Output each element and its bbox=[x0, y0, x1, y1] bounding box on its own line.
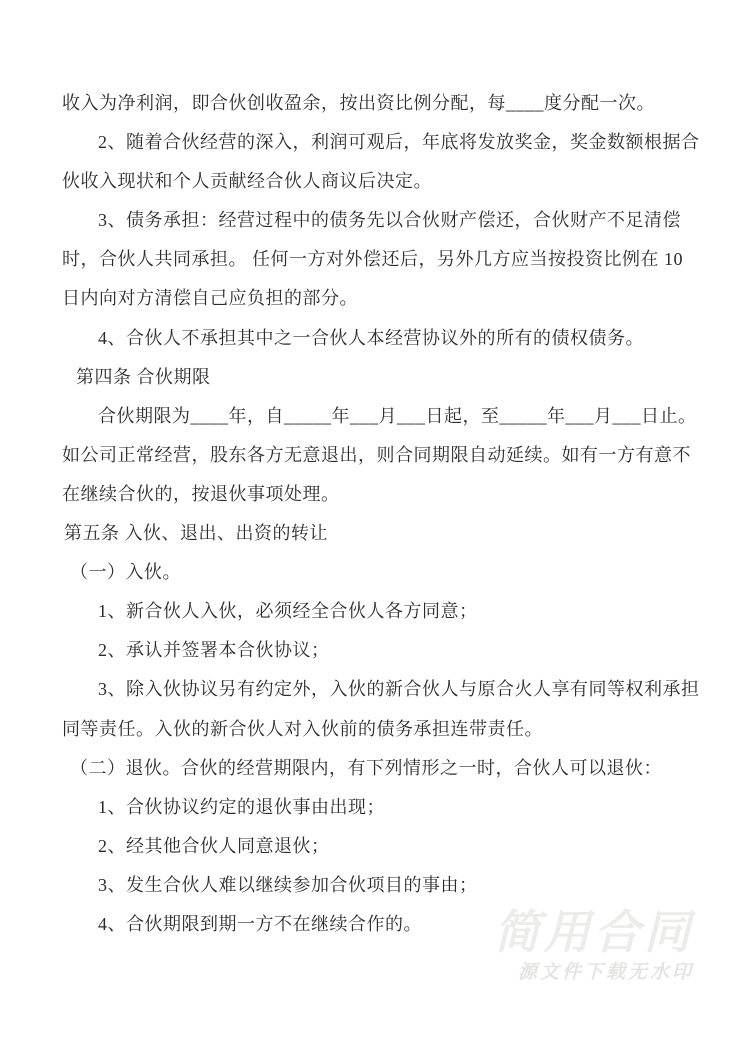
document-line: 2、承认并签署本合伙协议； bbox=[98, 631, 687, 670]
document-line: 3、发生合伙人难以继续参加合伙项目的事由； bbox=[98, 866, 687, 905]
document-line: 如公司正常经营，股东各方无意退出，则合同期限自动延续。如有一方有意不 bbox=[62, 436, 687, 475]
document-body: 收入为净利润，即合伙创收盈余，按出资比例分配，每____度分配一次。 2、随着合… bbox=[62, 84, 687, 944]
section-heading-article-5: 第五条 入伙、退出、出资的转让 bbox=[64, 514, 687, 553]
subsection-heading: （二）退伙。合伙的经营期限内，有下列情形之一时，合伙人可以退伙： bbox=[70, 749, 687, 788]
document-line: 伙收入现状和个人贡献经合伙人商议后决定。 bbox=[62, 162, 687, 201]
document-line: 收入为净利润，即合伙创收盈余，按出资比例分配，每____度分配一次。 bbox=[62, 84, 687, 123]
document-line: 4、合伙期限到期一方不在继续合作的。 bbox=[98, 905, 687, 944]
document-line: 1、合伙协议约定的退伙事由出现； bbox=[98, 788, 687, 827]
document-line: 同等责任。入伙的新合伙人对入伙前的债务承担连带责任。 bbox=[62, 710, 687, 749]
document-line: 3、债务承担：经营过程中的债务先以合伙财产偿还，合伙财产不足清偿 bbox=[98, 201, 687, 240]
document-line: 时，合伙人共同承担。 任何一方对外偿还后，另外几方应当按投资比例在 10 bbox=[62, 240, 687, 279]
document-line: 2、随着合伙经营的深入，利润可观后，年底将发放奖金，奖金数额根据合 bbox=[98, 123, 687, 162]
document-line: 在继续合伙的，按退伙事项处理。 bbox=[62, 475, 687, 514]
document-line: 2、经其他合伙人同意退伙； bbox=[98, 827, 687, 866]
document-line: 日内向对方清偿自己应负担的部分。 bbox=[62, 279, 687, 318]
document-line: 合伙期限为____年，自_____年___月___日起，至_____年___月_… bbox=[98, 397, 687, 436]
subsection-heading: （一）入伙。 bbox=[70, 553, 687, 592]
document-line: 4、合伙人不承担其中之一合伙人本经营协议外的所有的债权债务。 bbox=[98, 319, 687, 358]
document-page: 收入为净利润，即合伙创收盈余，按出资比例分配，每____度分配一次。 2、随着合… bbox=[0, 0, 742, 1049]
document-line: 3、除入伙协议另有约定外，入伙的新合伙人与原合火人享有同等权利承担 bbox=[98, 670, 687, 709]
document-line: 1、新合伙人入伙，必须经全合伙人各方同意； bbox=[98, 592, 687, 631]
section-heading-article-4: 第四条 合伙期限 bbox=[76, 358, 687, 397]
watermark-tagline: 源文件下载无水印 bbox=[494, 962, 694, 984]
